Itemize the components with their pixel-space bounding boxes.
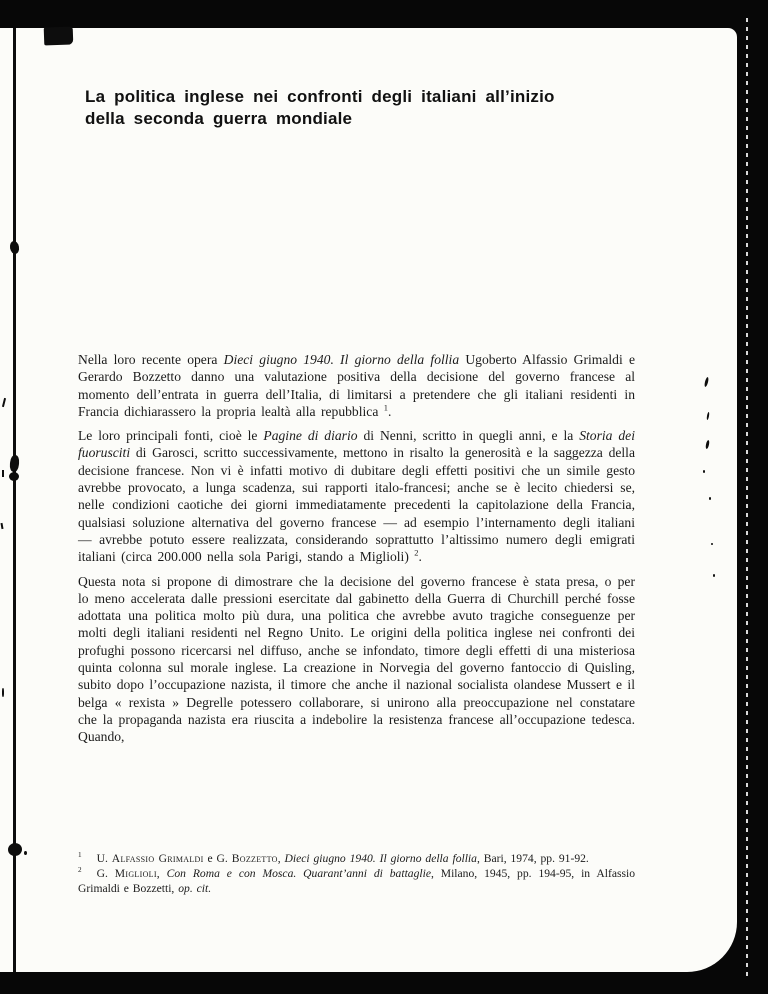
text-segment: Questa nota si propone di dimostrare che… (78, 574, 635, 745)
text-segment: Alfassio Grimaldi (112, 852, 204, 865)
article-title-line2: della seconda guerra mondiale (85, 108, 605, 130)
scan-artifact (24, 851, 27, 855)
scan-artifact (703, 470, 705, 473)
scan-artifact (2, 470, 4, 477)
text-segment: , (157, 867, 167, 880)
text-segment: Dieci giugno 1940. Il giorno della folli… (224, 352, 460, 367)
scan-artifact (713, 574, 715, 577)
text-segment: Dieci giugno 1940. Il giorno della folli… (285, 852, 477, 865)
paragraph: Nella loro recente opera Dieci giugno 19… (78, 351, 635, 420)
text-segment: Le loro principali fonti, cioè le (78, 428, 263, 443)
text-segment: G. (97, 867, 115, 880)
text-segment: Con Roma e con Mosca. Quarant’anni di ba… (167, 867, 431, 880)
text-segment: Miglioli (115, 867, 157, 880)
article-title-line1: La politica inglese nei confronti degli … (85, 86, 605, 108)
text-segment: . (388, 404, 391, 419)
text-segment: di Nenni, scritto in quegli anni, e la (358, 428, 580, 443)
scan-artifact (737, 0, 768, 994)
text-segment: Pagine di diario (263, 428, 357, 443)
body-paragraphs: Nella loro recente opera Dieci giugno 19… (78, 351, 635, 753)
article-title: La politica inglese nei confronti degli … (85, 86, 605, 130)
footnote: 1U. Alfassio Grimaldi e G. Bozzetto, Die… (78, 852, 635, 867)
text-segment: U. (97, 852, 112, 865)
footnote-marker: 2 (78, 866, 82, 874)
text-segment: . (418, 549, 421, 564)
text-segment: di Garosci, scritto successivamente, met… (78, 445, 635, 564)
scan-artifact (13, 28, 16, 972)
scan-background: La politica inglese nei confronti degli … (0, 0, 768, 994)
text-segment: Nella loro recente opera (78, 352, 224, 367)
scan-artifact (709, 497, 711, 500)
text-segment: e G. (204, 852, 232, 865)
text-segment: Bozzetto (232, 852, 278, 865)
scan-artifact (711, 543, 713, 545)
footnotes: 1U. Alfassio Grimaldi e G. Bozzetto, Die… (78, 852, 635, 896)
footnote-marker: 1 (78, 851, 82, 859)
text-segment: , (278, 852, 285, 865)
scan-artifact (746, 18, 748, 980)
text-segment: op. cit. (178, 882, 211, 895)
scan-artifact (2, 688, 4, 697)
text-segment: , Bari, 1974, pp. 91-92. (477, 852, 589, 865)
scan-artifact (9, 472, 19, 481)
paragraph: Questa nota si propone di dimostrare che… (78, 573, 635, 746)
footnote: 2G. Miglioli, Con Roma e con Mosca. Quar… (78, 867, 635, 897)
paragraph: Le loro principali fonti, cioè le Pagine… (78, 427, 635, 565)
scan-artifact (44, 26, 74, 45)
